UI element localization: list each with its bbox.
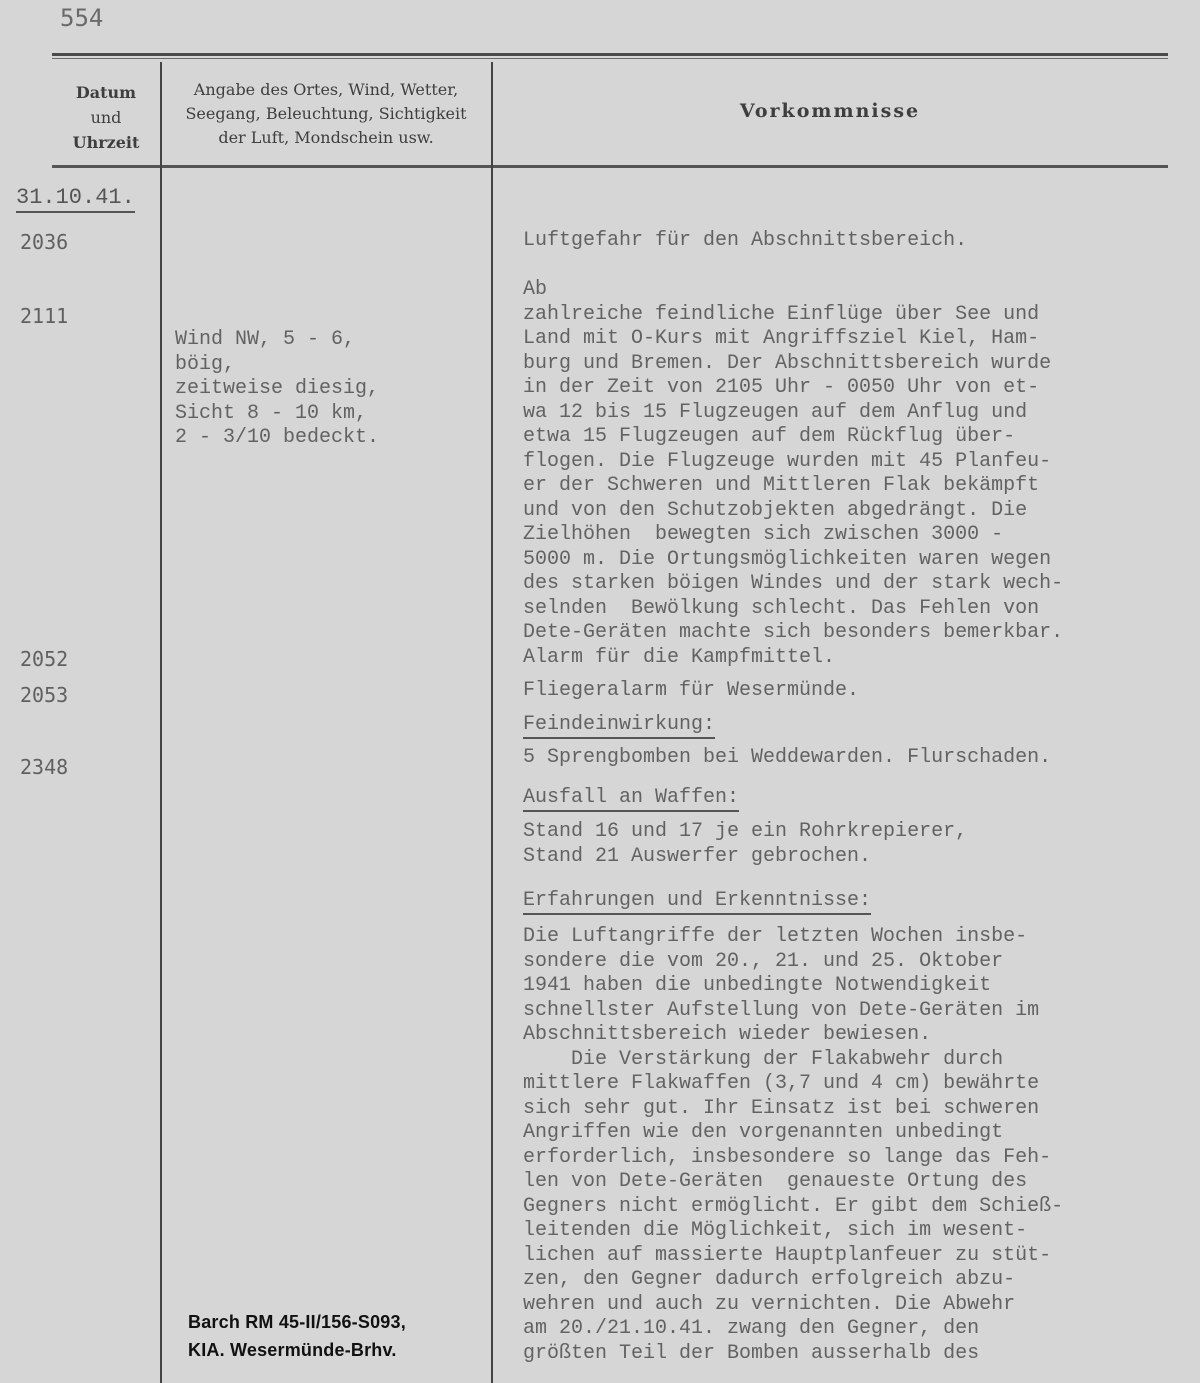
- entry-2111: Ab zahlreiche feindliche Einflüge über S…: [523, 278, 1063, 646]
- time-2036: 2036: [20, 230, 68, 254]
- erfahrung-text: Die Luftangriffe der letzten Wochen insb…: [523, 925, 1063, 1366]
- column-divider-1: [160, 62, 162, 1383]
- ausfall-text: Stand 16 und 17 je ein Rohrkrepierer, St…: [523, 820, 967, 869]
- header-line: Seegang, Beleuchtung, Sichtigkeit: [165, 102, 487, 126]
- time-2111: 2111: [20, 304, 68, 328]
- header-line: Uhrzeit: [56, 130, 156, 155]
- heading-text: Feindeinwirkung:: [523, 713, 715, 739]
- heading-text: Ausfall an Waffen:: [523, 786, 739, 812]
- entry-2052: Alarm für die Kampfmittel.: [523, 646, 835, 671]
- caption-line: KIA. Wesermünde-Brhv.: [188, 1336, 488, 1364]
- source-caption: Barch RM 45-II/156-S093, KIA. Wesermünde…: [188, 1308, 488, 1364]
- top-rule-thin: [52, 58, 1168, 59]
- erfahrung-heading: Erfahrungen und Erkenntnisse:: [523, 889, 871, 914]
- column-header-datum: Datum und Uhrzeit: [56, 80, 156, 155]
- column-header-vorkommnisse: Vorkommnisse: [495, 100, 1165, 122]
- header-line: und: [56, 105, 156, 130]
- feindeinwirkung-heading: Feindeinwirkung:: [523, 713, 715, 738]
- header-line: Angabe des Ortes, Wind, Wetter,: [165, 78, 487, 102]
- time-2348: 2348: [20, 755, 68, 779]
- column-divider-2: [491, 62, 493, 1383]
- column-header-ort: Angabe des Ortes, Wind, Wetter, Seegang,…: [165, 78, 487, 150]
- entry-2053: Fliegeralarm für Wesermünde.: [523, 679, 859, 704]
- header-rule: [52, 165, 1168, 168]
- entry-2036: Luftgefahr für den Abschnittsbereich.: [523, 229, 967, 254]
- header-line: der Luft, Mondschein usw.: [165, 126, 487, 150]
- page-number: 554: [60, 4, 103, 32]
- header-line: Datum: [56, 80, 156, 105]
- entry-date: 31.10.41.: [16, 185, 135, 213]
- top-rule: [52, 53, 1168, 56]
- entry-2348: 5 Sprengbomben bei Weddewarden. Flurscha…: [523, 746, 1051, 771]
- time-2053: 2053: [20, 683, 68, 707]
- heading-text: Erfahrungen und Erkenntnisse:: [523, 889, 871, 915]
- time-2052: 2052: [20, 647, 68, 671]
- caption-line: Barch RM 45-II/156-S093,: [188, 1308, 488, 1336]
- weather-report: Wind NW, 5 - 6, böig, zeitweise diesig, …: [175, 328, 379, 451]
- ausfall-heading: Ausfall an Waffen:: [523, 786, 739, 811]
